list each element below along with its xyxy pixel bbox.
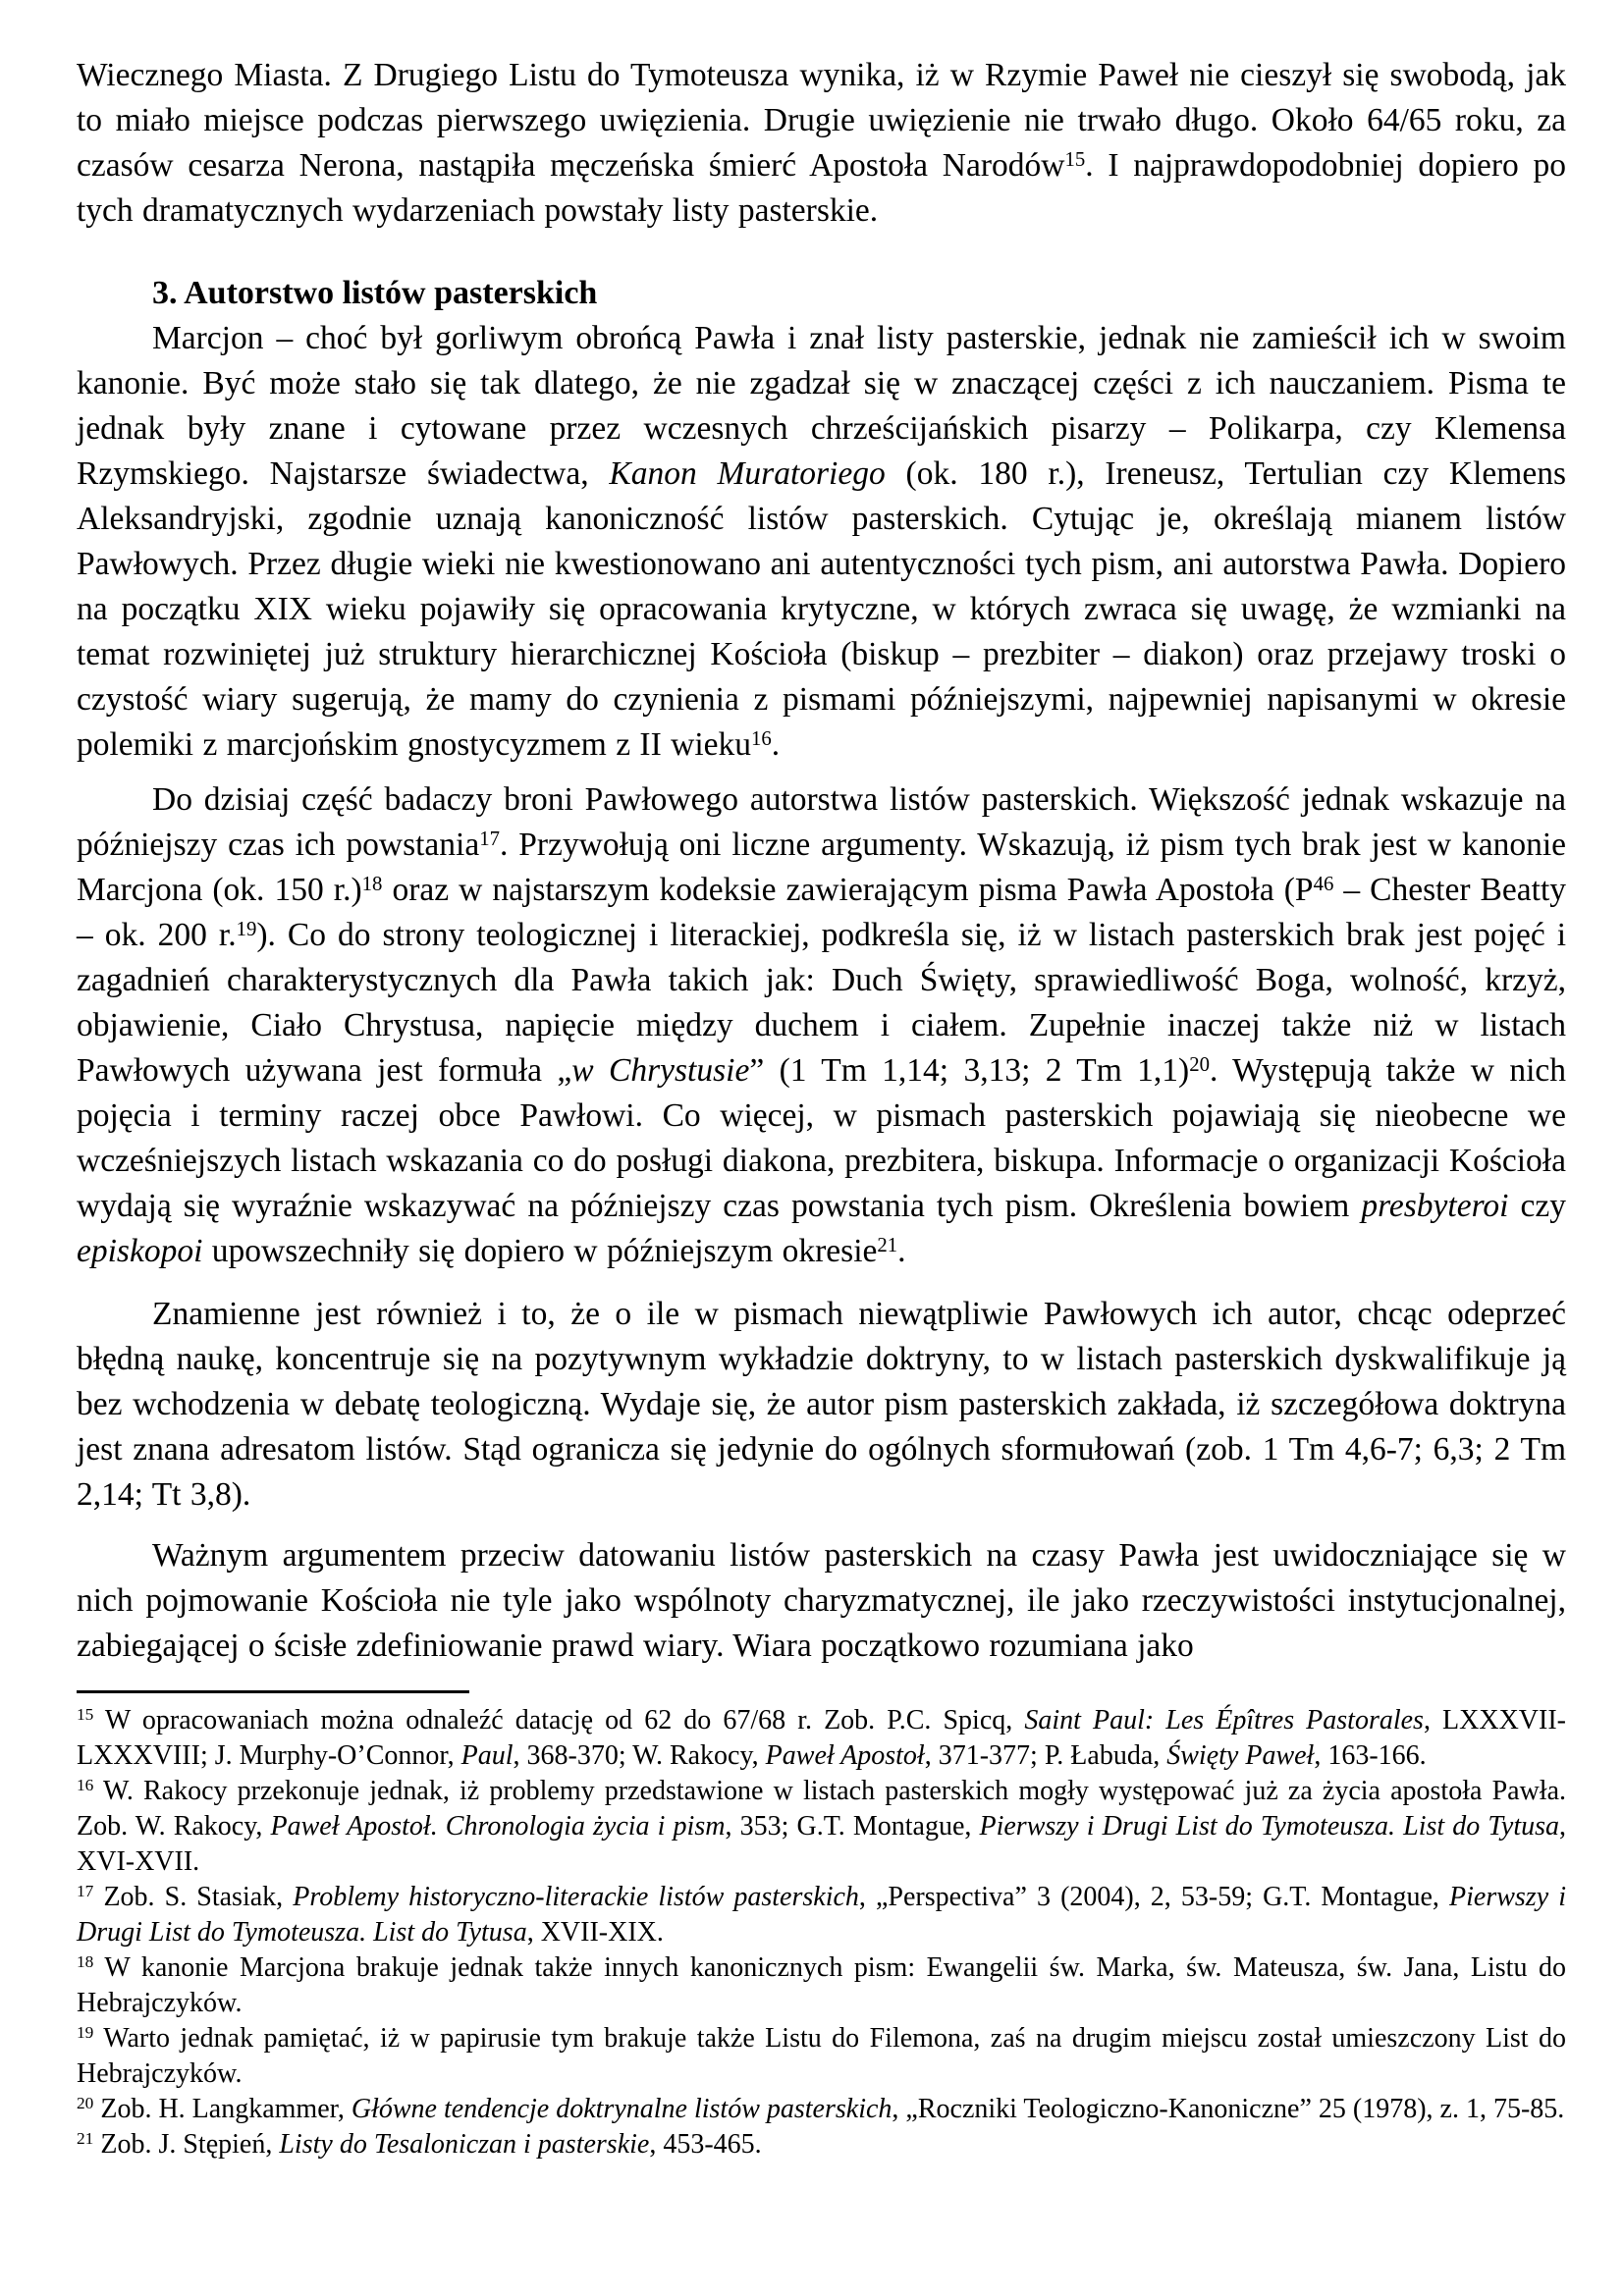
footnote-17: 17 Zob. S. Stasiak, Problemy historyczno…	[77, 1880, 1566, 1950]
document-page: Wiecznego Miasta. Z Drugiego Listu do Ty…	[0, 0, 1623, 2296]
section-heading: 3. Autorstwo listów pasterskich	[77, 271, 1566, 316]
paragraph-waznym: Ważnym argumentem przeciw datowaniu list…	[77, 1533, 1566, 1669]
document-body: Wiecznego Miasta. Z Drugiego Listu do Ty…	[77, 53, 1566, 1669]
footnote-15: 15 W opracowaniach można odnaleźć datacj…	[77, 1703, 1566, 1774]
paragraph-znamienne: Znamienne jest również i to, że o ile w …	[77, 1292, 1566, 1518]
paragraph-do-dzisiaj: Do dzisiaj część badaczy broni Pawłowego…	[77, 777, 1566, 1274]
footnote-18: 18 W kanonie Marcjona brakuje jednak tak…	[77, 1950, 1566, 2021]
footnote-20: 20 Zob. H. Langkammer, Główne tendencje …	[77, 2092, 1566, 2127]
footnote-16: 16 W. Rakocy przekonuje jednak, iż probl…	[77, 1774, 1566, 1880]
footnotes-section: 15 W opracowaniach można odnaleźć datacj…	[77, 1690, 1566, 2163]
footnote-separator	[77, 1690, 469, 1693]
paragraph-marcjon: Marcjon – choć był gorliwym obrońcą Pawł…	[77, 316, 1566, 768]
paragraph-continuation: Wiecznego Miasta. Z Drugiego Listu do Ty…	[77, 53, 1566, 234]
footnote-21: 21 Zob. J. Stępień, Listy do Tesalonicza…	[77, 2127, 1566, 2163]
footnote-19: 19 Warto jednak pamiętać, iż w papirusie…	[77, 2021, 1566, 2092]
